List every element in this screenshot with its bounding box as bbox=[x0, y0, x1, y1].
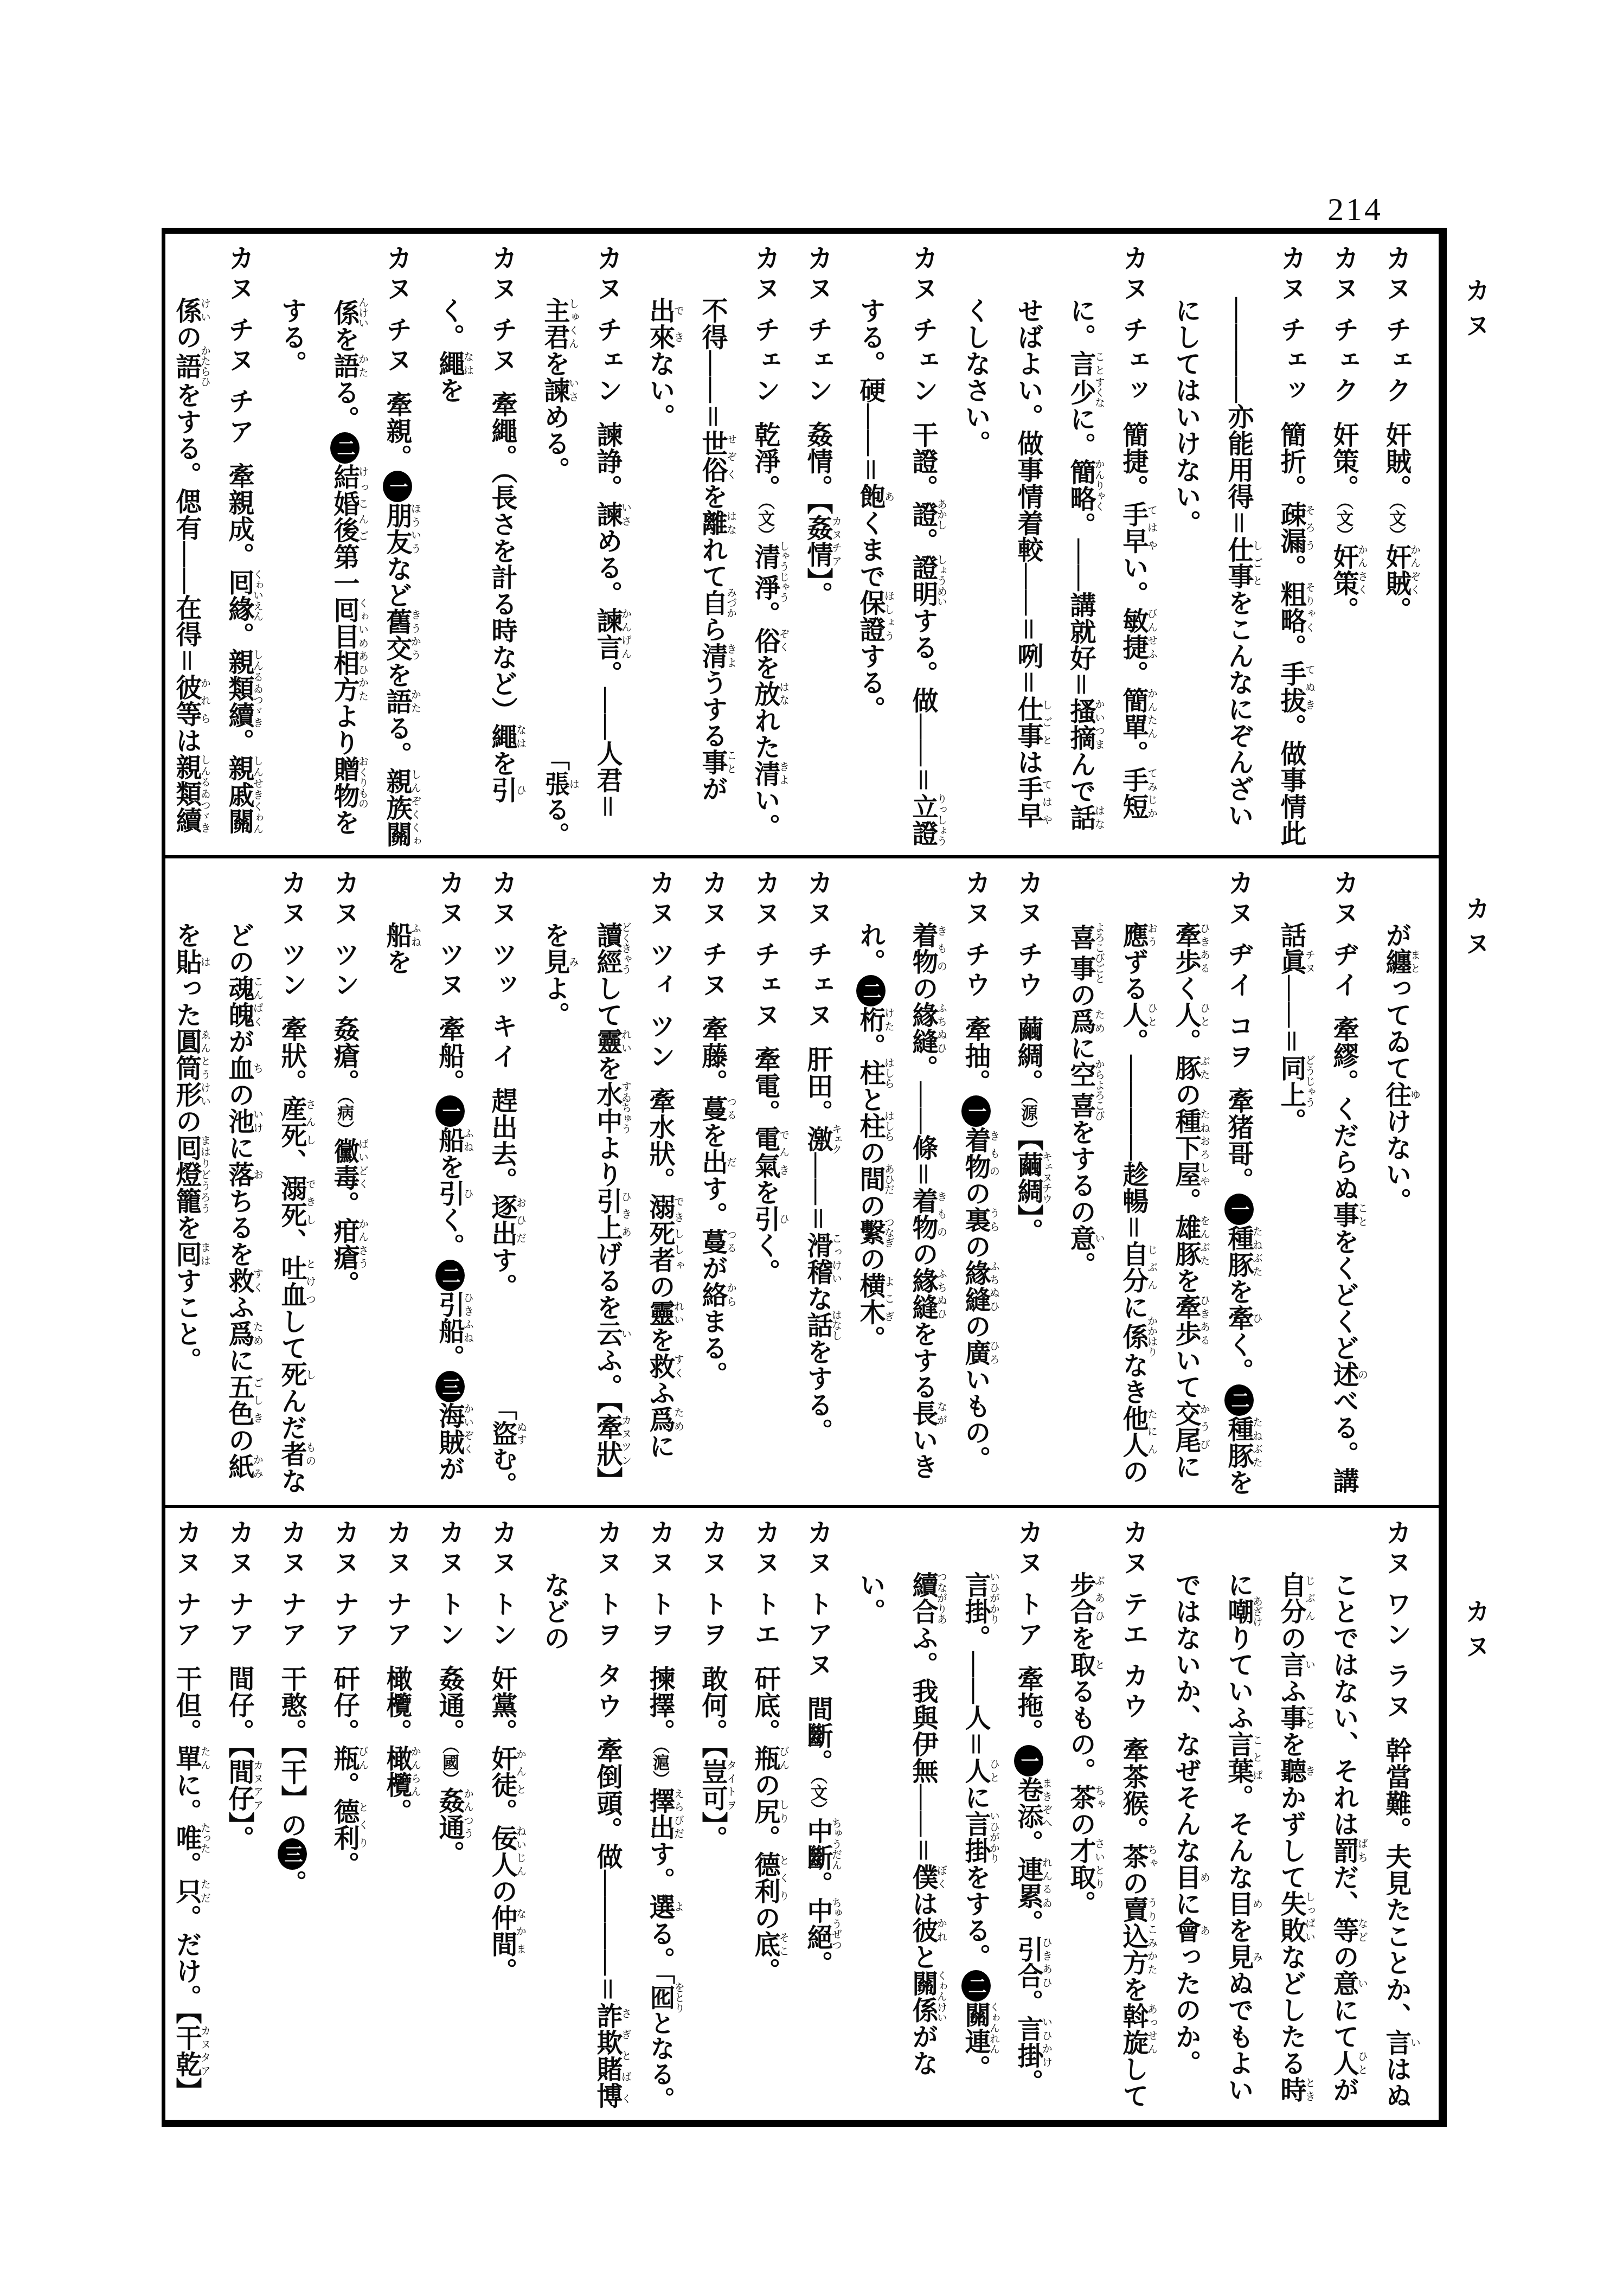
dict-entry: カヌ ナア干但。單たんに。唯たった。只ただ。だけ。【干乾カヌタア】の一。 bbox=[165, 1519, 213, 2113]
dict-entry: カヌ ツン牽狀。産死さんし、溺死できし、吐血とけつして死しんだ者ものなどの魂魄こ… bbox=[165, 869, 318, 1498]
circled-sense-number: 二 bbox=[330, 432, 360, 464]
circled-sense-number: 二 bbox=[435, 1260, 465, 1291]
dict-entry: カヌ チウ繭綢。（源）【繭綢キェヌチウ】。 bbox=[1002, 869, 1054, 1498]
dict-entry: カヌ トヲ揀擇。（滬）擇出えらびだす。選よる。「囮をとりとなる。 bbox=[633, 1519, 686, 2113]
entry-headword: カヌ トヲ タウ bbox=[593, 1519, 621, 1723]
entry-headword: カヌ ワン ラヌ bbox=[1382, 1519, 1410, 1723]
dict-entry: カヌ チェッ簡折。疎漏そろう。粗略そりゃく。手拔てぬき。做事情此――――亦能用得… bbox=[1159, 245, 1317, 849]
dict-entry: カヌ チェン姦情。【姦情カヌチア】。 bbox=[791, 245, 844, 849]
entry-body: 間仔。【間仔カヌアア】。 bbox=[224, 1665, 253, 1852]
entry-headword: カヌ ナア bbox=[382, 1519, 411, 1651]
entry-headword: カヌ ツン bbox=[277, 869, 306, 1002]
usage-tag: （文） bbox=[755, 501, 774, 543]
entry-body: 趕出去。逐出おひだす。 bbox=[487, 1087, 516, 1300]
entry-headword: カヌ チウ bbox=[1013, 869, 1042, 1002]
dict-entry: カヌ トア牽拖。一卷添まきぞへ。連累れんるゐ。引合ひきあひ。言掛いひかけ。言掛い… bbox=[844, 1519, 1054, 2113]
entry-headword: カヌ チェン bbox=[593, 245, 621, 407]
dict-entry: カヌ トン奸黨。奸徒かんと。佞人ねいじんの仲間なかま。 bbox=[476, 1519, 528, 2113]
entry-headword: カヌ チェン bbox=[908, 245, 937, 407]
dict-entry: カヌ チヌ牽藤。蔓つるを出だす。蔓つるが絡からまる。 bbox=[686, 869, 739, 1498]
entry-body: 橄欖。橄欖かんらん。 bbox=[382, 1665, 411, 1825]
dict-entry: カヌ トエ矸底。瓶びんの尻しり。德利とくりの底そこ。 bbox=[739, 1519, 791, 2113]
entry-headword: カヌ ナア bbox=[172, 1519, 201, 1651]
entry-headword: カヌ チヌ bbox=[487, 245, 516, 377]
circled-sense-number: 一 bbox=[1014, 1745, 1043, 1776]
circled-sense-number: 三 bbox=[435, 1371, 465, 1402]
entry-body: 間斷。（文）中斷ちゅうだん。中絕ちゅうぜつ。 bbox=[803, 1696, 832, 1977]
entry-body: 牽電。電氣でんきを引ひく。 bbox=[750, 1046, 779, 1285]
dict-entry: カヌ チェン干證。證あかし。證明しょうめいする。做――＝立證りっしょうする。硬―… bbox=[844, 245, 949, 849]
dict-entry: カヌ ツィ ツン牽水狀。溺死者できししゃの靈れいを救すくふ爲ために讀經どくきゃう… bbox=[528, 869, 686, 1498]
entry-headword: カヌ チェヌ bbox=[750, 869, 779, 1032]
entry-headword: カヌ チウ bbox=[961, 869, 990, 1002]
entry-headword: カヌ チェン bbox=[803, 245, 832, 407]
dict-entry: カヌ チヌ チア牽親成。囘緣くゎいえん。親類續しんるゐつゞき。親戚關係しんせきく… bbox=[165, 245, 265, 849]
dict-entry: カヌ ナア矸仔。瓶びん。德利とくり。 bbox=[318, 1519, 370, 2113]
dict-entry: カヌ トヲ敢何。【豈可タイトヲ】。 bbox=[686, 1519, 739, 2113]
dict-entry: カヌ トン姦通。（國）姦通かんつう。 bbox=[423, 1519, 476, 2113]
entry-body: 姦瘡。（病）黴毒ばいどく。疳瘡かんさう。 bbox=[330, 1016, 358, 1297]
entry-headword: カヌ トアヌ bbox=[803, 1519, 832, 1682]
entry-body: 牽藤。蔓つるを出だす。蔓つるが絡からまる。 bbox=[698, 1016, 727, 1388]
entry-body: 牽船。一船ふねを引ひく。二引船ひきふね。三海賊かいぞくが船ふねを bbox=[382, 922, 464, 1482]
dict-entry: カヌ チェン諫諍。諫いさめる。諫言かんげん。――人君＝主君しゅくんを諫いさめる。… bbox=[528, 245, 633, 849]
circled-sense-number: 二 bbox=[856, 975, 886, 1006]
wrap-note: 「盜ぬすむ。 bbox=[478, 1395, 528, 1497]
entry-body: 干憨。【干】の三。 bbox=[277, 1665, 306, 1896]
dict-entry: カヌ チェヌ肝田。激キェク――＝滑稽こっけいな話はなしをする。 bbox=[791, 869, 844, 1498]
entry-body: 矸仔。瓶びん。德利とくり。 bbox=[330, 1665, 358, 1878]
entry-body: 敢何。【豈可タイトヲ】。 bbox=[698, 1665, 727, 1852]
entry-headword: カヌ ツン bbox=[330, 869, 358, 1002]
dict-entry: カヌ チェッ簡捷。手早てはやい。敏捷びんせふ。簡單かんたん。手短てみじかに。言こ… bbox=[949, 245, 1159, 849]
dict-entry: カヌ ツヌ牽船。一船ふねを引ひく。二引船ひきふね。三海賊かいぞくが船ふねを bbox=[370, 869, 476, 1498]
dict-entry: カヌ ヂイ牽繆。くだらぬ事ことをくどくど述のべる。講話眞チヌ――＝同上どうじゃう… bbox=[1265, 869, 1370, 1498]
entry-headword: カヌ ナア bbox=[224, 1519, 253, 1651]
entry-headword: カヌ ツィ ツン bbox=[645, 869, 674, 1073]
circled-sense-number: 一 bbox=[961, 1095, 991, 1127]
entry-headword: カヌ ヂイ コヲ bbox=[1224, 869, 1253, 1073]
entry-headword: カヌ ツヌ bbox=[435, 869, 464, 1002]
circled-sense-number: 二 bbox=[1224, 1384, 1254, 1416]
margin-guide-middle: カヌ bbox=[1458, 896, 1493, 965]
entry-body: 姦通。（國）姦通かんつう。 bbox=[435, 1665, 464, 1867]
entry-body: 牽狀。産死さんし、溺死できし、吐血とけつして死しんだ者ものなどの魂魄こんぱくが血… bbox=[172, 922, 306, 1494]
entry-headword: カヌ チェク bbox=[1382, 245, 1410, 407]
dict-entry: カヌ チヌ牽親。一朋友ほういうなど舊交きうかうを語かたる。親族關係しんぞくくゎん… bbox=[265, 245, 423, 849]
entry-headword: カヌ トヲ bbox=[698, 1519, 727, 1651]
dict-entry: カヌ チヌ牽繩。（長さを計る時など）繩なはを引ひく。繩なはを bbox=[423, 245, 528, 849]
wrap-note: 「囮をとりとなる。 bbox=[636, 1959, 685, 2112]
circled-sense-number: 一 bbox=[1224, 1194, 1254, 1225]
entry-body: 肝田。激キェク――＝滑稽こっけいな話はなしをする。 bbox=[803, 1046, 832, 1445]
usage-tag: （文） bbox=[1334, 501, 1353, 543]
dict-entry: カヌ ワン ラヌ幹當難。夫見たことか、言いはぬことではない、それは罰ばちだ、等な… bbox=[1159, 1519, 1422, 2113]
entry-headword: カヌ テエ カウ bbox=[1119, 1519, 1147, 1723]
dict-entry: カヌ チェク奸賊。（文）奸賊かんぞく。 bbox=[1370, 245, 1422, 849]
dict-entry: カヌ チェク奸策。（文）奸策かんさく。 bbox=[1317, 245, 1370, 849]
entry-body: 姦情。【姦情カヌチア】。 bbox=[803, 421, 832, 608]
entry-body: 繭綢。（源）【繭綢キェヌチウ】。 bbox=[1013, 1016, 1042, 1245]
usage-tag: （病） bbox=[335, 1095, 354, 1138]
entry-headword: カヌ チェク bbox=[1329, 245, 1358, 407]
dict-entry: カヌ ツン姦瘡。（病）黴毒ばいどく。疳瘡かんさう。 bbox=[318, 869, 370, 1498]
dict-band: カヌ チェク奸賊。（文）奸賊かんぞく。カヌ チェク奸策。（文）奸策かんさく。カヌ… bbox=[165, 234, 1439, 855]
dict-entry: カヌ ツッ キイ趕出去。逐出おひだす。「盜ぬすむ。 bbox=[476, 869, 528, 1498]
entry-headword: カヌ ナア bbox=[330, 1519, 358, 1651]
dictionary-frame: カヌ チェク奸賊。（文）奸賊かんぞく。カヌ チェク奸策。（文）奸策かんさく。カヌ… bbox=[162, 228, 1447, 2127]
dict-entry: カヌ ナア間仔。【間仔カヌアア】。 bbox=[213, 1519, 265, 2113]
page-number: 214 bbox=[1327, 191, 1383, 228]
usage-tag: （文） bbox=[1387, 501, 1406, 543]
entry-body: が纏まとってゐて往ゆけない。 bbox=[1382, 922, 1410, 1214]
circled-sense-number: 一 bbox=[435, 1095, 465, 1127]
entry-body: 矸底。瓶びんの尻しり。德利とくりの底そこ。 bbox=[750, 1665, 779, 1984]
dict-band: が纏まとってゐて往ゆけない。カヌ ヂイ牽繆。くだらぬ事ことをくどくど述のべる。講… bbox=[165, 858, 1439, 1505]
circled-sense-number: 二 bbox=[961, 1970, 991, 2002]
dict-entry: カヌ ナア橄欖。橄欖かんらん。 bbox=[370, 1519, 423, 2113]
margin-guide-bottom: カヌ bbox=[1458, 1599, 1493, 1668]
entry-body: 牽親。一朋友ほういうなど舊交きうかうを語かたる。親族關係しんぞくくゎんけいを語か… bbox=[277, 297, 411, 848]
entry-body: 牽抽。一着物きものの裏うらの緣縫ふちぬひの廣ひろいもの。着物きものの緣縫ふちぬひ… bbox=[856, 922, 990, 1480]
dict-entry: カヌ ヂイ コヲ牽猪哥。一種豚たねぶたを牽ひく。二種豚たねぶたを牽歩ひきあるく人… bbox=[1054, 869, 1265, 1498]
usage-tag: （源） bbox=[1018, 1095, 1037, 1138]
margin-guide-top: カヌ bbox=[1458, 278, 1493, 347]
entry-headword: カヌ ナア bbox=[277, 1519, 306, 1651]
dict-entry: カヌ ナア干憨。【干】の三。 bbox=[265, 1519, 318, 2113]
entry-headword: カヌ トア bbox=[1013, 1519, 1042, 1651]
usage-tag: （文） bbox=[808, 1775, 827, 1818]
usage-tag: （國） bbox=[440, 1745, 459, 1787]
circled-sense-number: 一 bbox=[383, 471, 412, 502]
wrap-note: 「張はる。 bbox=[530, 746, 580, 848]
entry-headword: カヌ ツッ キイ bbox=[487, 869, 516, 1073]
entry-headword: カヌ チヌ bbox=[382, 245, 411, 377]
dict-entry: カヌ トアヌ間斷。（文）中斷ちゅうだん。中絕ちゅうぜつ。 bbox=[791, 1519, 844, 2113]
entry-headword: カヌ チェン bbox=[750, 245, 779, 407]
entry-headword: カヌ チェッ bbox=[1119, 245, 1147, 407]
circled-sense-number: 三 bbox=[278, 1838, 307, 1870]
dict-entry: カヌ チウ牽抽。一着物きものの裏うらの緣縫ふちぬひの廣ひろいもの。着物きものの緣… bbox=[844, 869, 1002, 1498]
dict-entry: カヌ トヲ タウ牽倒頭。做――――＝詐欺賭博さぎとばくなどの bbox=[528, 1519, 633, 2113]
dict-entry: カヌ チェン乾淨。（文）清淨しゃうじゃう。俗ぞくを放はなれた清きよい。不得――＝… bbox=[633, 245, 791, 849]
dict-band: カヌ ワン ラヌ幹當難。夫見たことか、言いはぬことではない、それは罰ばちだ、等な… bbox=[165, 1508, 1439, 2120]
entry-headword: カヌ トン bbox=[435, 1519, 464, 1651]
entry-headword: カヌ トエ bbox=[750, 1519, 779, 1651]
entry-body: 奸策。（文）奸策かんさく。 bbox=[1329, 421, 1358, 623]
dict-entry: カヌ テエ カウ牽茶猴。茶ちゃの賣込方うりこみかたを斡旋あっせんして步合ぶあひを… bbox=[1054, 1519, 1159, 2113]
usage-tag: （滬） bbox=[650, 1745, 669, 1787]
entry-body: 奸賊。（文）奸賊かんぞく。 bbox=[1382, 421, 1410, 623]
entry-body: 干但。單たんに。唯たった。只ただ。だけ。【干乾カヌタア】の一。 bbox=[165, 1572, 201, 2104]
entry-body: 幹當難。夫見たことか、言いはぬことではない、それは罰ばちだ、等などの意いにて人ひ… bbox=[1171, 1572, 1410, 2109]
entry-headword: カヌ チェッ bbox=[1276, 245, 1305, 407]
entry-headword: カヌ トン bbox=[487, 1519, 516, 1651]
dictionary-page-scan: { "page": { "number": "214", "margin_gui… bbox=[0, 0, 1623, 2296]
entry-headword: カヌ チヌ bbox=[698, 869, 727, 1002]
entry-headword: カヌ チェヌ bbox=[803, 869, 832, 1032]
dict-entry: カヌ チェヌ牽電。電氣でんきを引ひく。 bbox=[739, 869, 791, 1498]
dict-entry: が纏まとってゐて往ゆけない。 bbox=[1370, 869, 1422, 1498]
entry-headword: カヌ チヌ チア bbox=[224, 245, 253, 448]
entry-body: 奸黨。奸徒かんと。佞人ねいじんの仲間なかま。 bbox=[487, 1665, 516, 1984]
entry-headword: カヌ トヲ bbox=[645, 1519, 674, 1651]
entry-headword: カヌ ヂイ bbox=[1329, 869, 1358, 1002]
entry-body: 牽繆。くだらぬ事ことをくどくど述のべる。講話眞チヌ――＝同上どうじゃう。 bbox=[1276, 922, 1358, 1494]
entry-body: 揀擇。（滬）擇出えらびだす。選よる。 bbox=[645, 1665, 674, 1973]
